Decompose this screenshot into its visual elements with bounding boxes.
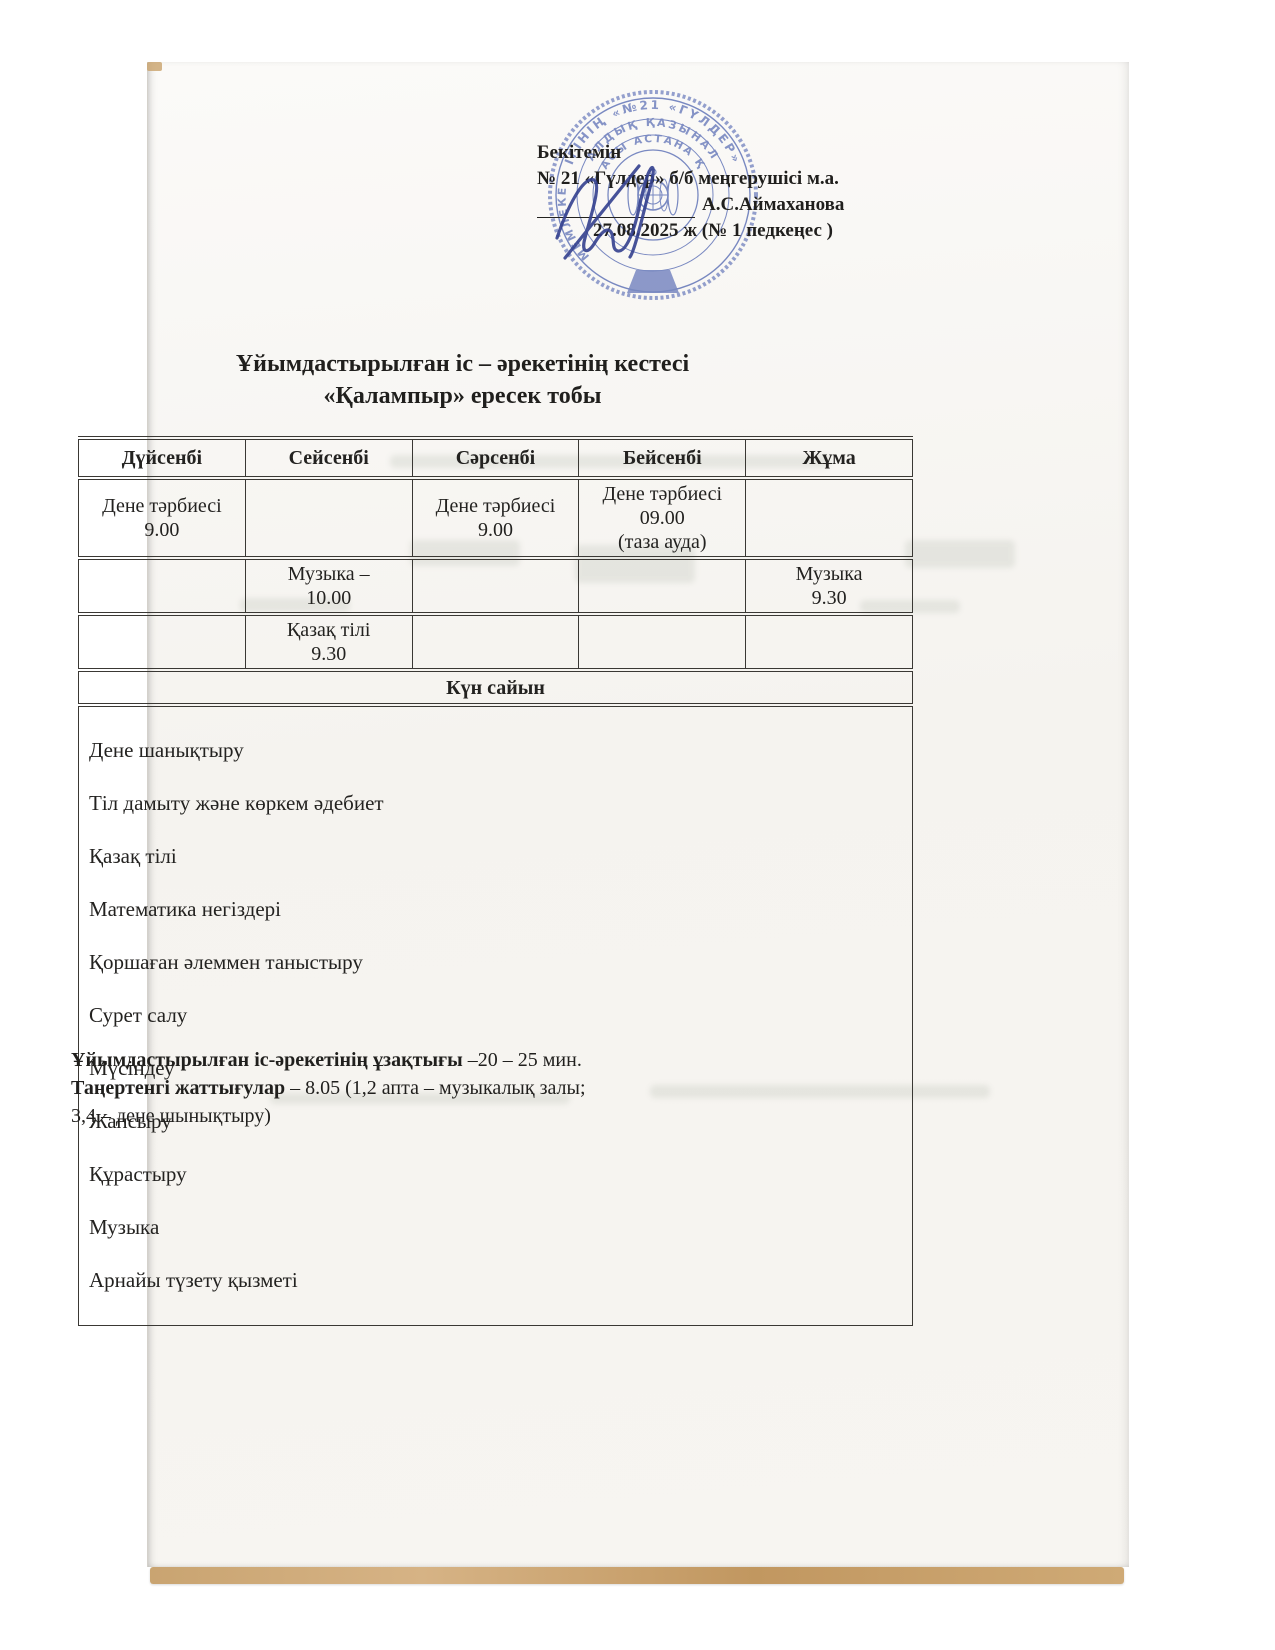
note-morning-continuation: 3,4 – дене шынықтыру): [71, 1102, 711, 1130]
daily-activities-cell: Дене шанықтыру Тіл дамыту және көркем әд…: [79, 705, 913, 1326]
note-duration-label: Ұйымдастырылған іс-әрекетінің ұзақтығы: [71, 1049, 463, 1071]
daily-activity: Құрастыру: [89, 1160, 902, 1189]
note-morning-label: Таңертенгі жаттығулар: [71, 1077, 285, 1099]
book-binding-edge: [150, 1567, 1124, 1584]
note-morning-exercise: Таңертенгі жаттығулар – 8.05 (1,2 апта –…: [71, 1074, 711, 1102]
column-header-wednesday: Сәрсенбі: [412, 438, 579, 478]
schedule-cell: [412, 614, 579, 670]
schedule-cell: [79, 558, 246, 614]
note-duration-value: –20 – 25 мин.: [463, 1049, 582, 1071]
table-header-row: Дүйсенбі Сейсенбі Сәрсенбі Бейсенбі Жұма: [79, 438, 913, 478]
footer-notes: Ұйымдастырылған іс-әрекетінің ұзақтығы –…: [71, 1046, 711, 1130]
signer-name: А.С.Аймаханова: [702, 192, 844, 218]
column-header-thursday: Бейсенбі: [579, 438, 746, 478]
daily-list-row: Дене шанықтыру Тіл дамыту және көркем әд…: [79, 705, 913, 1326]
paper-corner-edge: [147, 62, 162, 71]
title-line1: Ұйымдастырылған іс – әрекетінің кестесі: [0, 348, 953, 380]
daily-activity: Қоршаған әлеммен таныстыру: [89, 948, 902, 977]
schedule-cell: [579, 614, 746, 670]
schedule-cell: [245, 478, 412, 558]
approval-date-line: 27.08.2025 ж (№ 1 педкеңес ): [537, 218, 879, 244]
daily-activity: Қазақ тілі: [89, 842, 902, 871]
scanned-document-photo: ІГІНІҢ «№21 «ГҮЛДЕР» АЛДЫҚ ҚАЗЫНАЛ АСЫ А…: [0, 0, 1275, 1650]
title-line2: «Қалампыр» ересек тобы: [0, 380, 953, 412]
daily-activity: Тіл дамыту және көркем әдебиет: [89, 789, 902, 818]
schedule-cell: Музыка – 10.00: [245, 558, 412, 614]
column-header-friday: Жұма: [746, 438, 913, 478]
approval-block: Бекітемін № 21 «Гүлдер» б/б меңгерушісі …: [537, 140, 879, 244]
schedule-cell: [579, 558, 746, 614]
schedule-cell: Дене тәрбиесі 09.00 (таза ауда): [579, 478, 746, 558]
table-row: Қазақ тілі 9.30: [79, 614, 913, 670]
schedule-cell: [79, 614, 246, 670]
schedule-cell: [746, 478, 913, 558]
signature-line: А.С.Аймаханова: [537, 192, 879, 218]
schedule-cell: Қазақ тілі 9.30: [245, 614, 412, 670]
note-duration: Ұйымдастырылған іс-әрекетінің ұзақтығы –…: [71, 1046, 711, 1074]
daily-activity: Сурет салу: [89, 1001, 902, 1030]
column-header-monday: Дүйсенбі: [79, 438, 246, 478]
schedule-table: Дүйсенбі Сейсенбі Сәрсенбі Бейсенбі Жұма…: [78, 436, 913, 1326]
daily-activity: Музыка: [89, 1213, 902, 1242]
daily-activity: Дене шанықтыру: [89, 736, 902, 765]
schedule-cell: Дене тәрбиесі 9.00: [79, 478, 246, 558]
schedule-cell: Музыка 9.30: [746, 558, 913, 614]
daily-activity: Математика негіздері: [89, 895, 902, 924]
daily-header: Күн сайын: [79, 670, 913, 705]
table-row: Музыка – 10.00 Музыка 9.30: [79, 558, 913, 614]
document-title: Ұйымдастырылған іс – әрекетінің кестесі …: [0, 348, 953, 412]
note-morning-value: – 8.05 (1,2 апта – музыкалық залы;: [285, 1077, 585, 1099]
daily-activity: Арнайы түзету қызметі: [89, 1266, 902, 1295]
approval-organization: № 21 «Гүлдер» б/б меңгерушісі м.а.: [537, 166, 879, 192]
table-row: Дене тәрбиесі 9.00 Дене тәрбиесі 9.00 Де…: [79, 478, 913, 558]
schedule-cell: [412, 558, 579, 614]
schedule-cell: Дене тәрбиесі 9.00: [412, 478, 579, 558]
daily-header-row: Күн сайын: [79, 670, 913, 705]
column-header-tuesday: Сейсенбі: [245, 438, 412, 478]
approval-label: Бекітемін: [537, 140, 879, 166]
signature-underline: [537, 195, 695, 218]
schedule-cell: [746, 614, 913, 670]
